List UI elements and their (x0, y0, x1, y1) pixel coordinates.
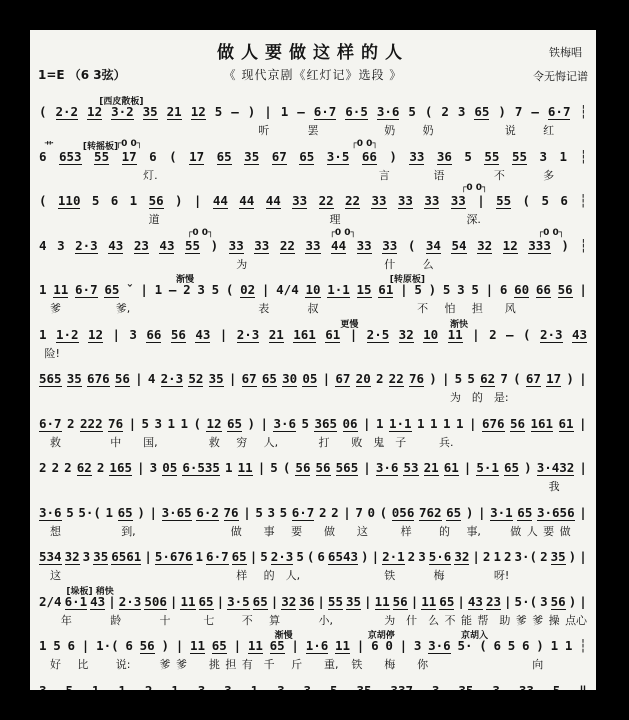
note-token: 3 (457, 282, 465, 297)
note-token: 11 (248, 638, 263, 654)
tempo-board-label: ┌0 0┐ (461, 183, 488, 193)
lyric-char: 什 (406, 612, 417, 628)
note-token: 56 (171, 327, 186, 343)
note-token: 1 (39, 282, 47, 297)
lyric-char: 鬼 (373, 434, 384, 450)
note-token: 22 (345, 193, 360, 209)
lyric-char: 罢 (308, 122, 319, 138)
note-token: 3·656 (537, 505, 575, 521)
lyric-char: 说: (116, 656, 131, 672)
lyric-char: 不 (417, 300, 428, 316)
note-token: 2·3 (540, 327, 563, 343)
note-token: | (260, 416, 268, 431)
tempo-board-label: ┌0 0┐ (351, 139, 378, 149)
note-token: 60 (514, 282, 529, 298)
note-token: 6 (494, 638, 502, 653)
note-token: 6·7 (206, 549, 229, 565)
note-token: | (258, 460, 266, 475)
note-token: 5 (212, 282, 220, 297)
note-token: 6·5 (345, 104, 368, 120)
score-line: 222622165|3056·535111|5(5656565|3·653216… (39, 450, 587, 495)
note-token: 337 (390, 683, 413, 691)
note-token: 11 (180, 594, 195, 610)
note-token: 76 (409, 371, 424, 387)
note-token: ┆ (579, 638, 587, 653)
note-token: | (291, 638, 299, 653)
note-token: 1·2 (56, 327, 79, 343)
note-token: 3 (155, 416, 163, 431)
note-token: | (317, 594, 325, 609)
note-token: 10 (423, 327, 438, 343)
note-token: 17 (122, 149, 137, 165)
note-token: 65 (217, 149, 232, 165)
lyric-char: 不 (494, 167, 505, 183)
lyric-char: 事 (264, 523, 275, 539)
note-token: 3 (432, 683, 440, 691)
note-token: 1 (559, 149, 567, 164)
note-token: 5 (280, 505, 288, 520)
note-token: ( (513, 371, 521, 386)
note-token: ┆ (579, 238, 587, 253)
notation-row: 665355176(17653567653·566)33365555531┆ (39, 149, 587, 165)
note-token: 2 (483, 549, 491, 564)
note-token: 43 (159, 238, 174, 254)
note-token: 2 (408, 549, 416, 564)
note-token: | (271, 594, 279, 609)
lyric-char: 爹, (116, 300, 131, 316)
note-token: | (135, 371, 143, 386)
note-token: 2·3 (119, 594, 142, 610)
note-token: 1 (443, 416, 451, 431)
note-token: 506 (144, 594, 167, 610)
note-token: | (477, 193, 485, 208)
note-token: 12 (503, 238, 518, 254)
note-token: 365 (314, 416, 337, 432)
lyric-char: 什 (384, 256, 395, 272)
note-token: 11 (190, 638, 205, 654)
lyric-char: 能 (461, 612, 472, 628)
note-token: 165 (109, 460, 132, 476)
note-token: 1 (118, 683, 126, 691)
lyric-char: 做 (231, 523, 242, 539)
note-token: 35 (67, 371, 82, 387)
note-token: | (472, 549, 480, 564)
note-token: 6 (371, 638, 379, 653)
note-token: 65 (446, 505, 461, 521)
note-token: 33 (229, 238, 244, 254)
note-token: 43 (468, 594, 483, 610)
lyric-char: 铁 (351, 656, 362, 672)
lyric-char: 救 (50, 434, 61, 450)
note-token: 35 (551, 549, 566, 565)
note-token: 65 (517, 505, 532, 521)
lyric-char: 为 (450, 389, 461, 405)
lyric-char: 帮 (477, 612, 488, 628)
note-token: | (243, 505, 251, 520)
note-token: 2 (183, 282, 191, 297)
note-token: | (469, 416, 477, 431)
lyric-char: 龄 (110, 612, 121, 628)
note-token: 44 (239, 193, 254, 209)
note-token: ( (523, 193, 531, 208)
score-line: [垛板] 稍快2/46·143|2·3506|1165|3·565|3236|5… (39, 584, 587, 629)
note-token: 2 (67, 416, 75, 431)
note-token: | (579, 371, 587, 386)
note-token: 1 (168, 416, 176, 431)
note-token: 5 (302, 416, 310, 431)
note-token: 76 (224, 505, 239, 521)
note-token: 6·7 (75, 282, 98, 298)
note-token: 20 (356, 371, 371, 387)
note-token: 4 (39, 238, 47, 253)
note-token: ) (429, 371, 437, 386)
note-token: 3 (458, 104, 466, 119)
note-token: 33 (424, 193, 439, 209)
note-token: 3 (414, 638, 422, 653)
note-token: — (169, 282, 177, 297)
note-token: ) (137, 505, 145, 520)
note-token: 23 (134, 238, 149, 254)
note-token: 3 (540, 594, 548, 609)
note-token: 36 (299, 594, 314, 610)
lyric-char: 人 (527, 523, 538, 539)
note-token: 333 (528, 238, 551, 254)
note-token: 2·3 (75, 238, 98, 254)
lyric-char: 是: (494, 389, 509, 405)
note-token: 5· (457, 638, 472, 653)
note-token: 56 (551, 594, 566, 610)
note-token: 35 (356, 683, 371, 691)
note-token: | (464, 460, 472, 475)
score-line: 艹[转摇板]┌0 0┐┌0 0┐665355176(17653567653·56… (39, 139, 587, 184)
note-token: 3·6 (273, 416, 296, 432)
note-token: 43 (108, 238, 123, 254)
note-token: 54 (451, 238, 466, 254)
note-token: ) (498, 104, 506, 119)
notation-row: 351121331335353373353335‖ (39, 683, 587, 691)
note-token: 565 (336, 460, 359, 476)
note-token: 17 (546, 371, 561, 387)
note-token: 4 (148, 371, 156, 386)
note-token: 1·1 (327, 282, 350, 298)
note-token: 1 (39, 638, 47, 653)
note-token: 4/4 (276, 282, 299, 297)
note-token: 6·535 (182, 460, 220, 476)
note-token: 33 (357, 238, 372, 254)
lyric-char: 样 (236, 567, 247, 583)
note-token: 56 (295, 460, 310, 476)
lyric-char: 做 (324, 523, 335, 539)
note-token: 3 (39, 683, 47, 691)
notation-row: 5653567656|42·35235|67653005|672022276)|… (39, 371, 587, 387)
page-title: 做人要做这样的人 (30, 38, 596, 63)
note-token: 55 (484, 149, 499, 165)
lyric-char: 中 (110, 434, 121, 450)
note-token: 44 (331, 238, 346, 254)
note-token: 1·( (96, 638, 119, 653)
note-token: ( (479, 638, 487, 653)
note-token: | (363, 460, 371, 475)
lyric-char: 言 (379, 167, 390, 183)
note-token: ┆ (579, 104, 587, 119)
lyric-char: 的 (472, 389, 483, 405)
note-token: — (297, 104, 305, 119)
note-token: ( (39, 193, 47, 208)
note-token: 5 (330, 683, 338, 691)
note-token: | (579, 460, 587, 475)
note-token: 43 (90, 594, 105, 610)
note-token: 6·7 (39, 416, 62, 432)
note-token: 35 (209, 371, 224, 387)
lyric-char: 点 (565, 612, 576, 628)
note-token: 35 (346, 594, 361, 610)
note-token: 3·5 (227, 594, 250, 610)
note-token: 65 (212, 638, 227, 654)
lyric-char: 梅 (384, 656, 395, 672)
note-token: 3·65 (162, 505, 192, 521)
note-token: 3·432 (537, 460, 575, 476)
note-token: 3·6 (428, 638, 451, 654)
score-line: 渐慢京胡停京胡入156|1·(656)|1165|1165|1·611|60|3… (39, 628, 587, 673)
note-token: 55 (512, 149, 527, 165)
note-token: ) (361, 549, 369, 564)
note-token: 2 (39, 460, 47, 475)
note-token: | (372, 549, 380, 564)
note-token: ┆ (579, 149, 587, 164)
note-token: | (112, 327, 120, 342)
notation-row: 534323356561|5·67616·765|52·35(66543)|2·… (39, 549, 587, 565)
note-token: | (149, 505, 157, 520)
note-token: 6 (317, 549, 325, 564)
note-token: ( (283, 460, 291, 475)
note-token: 1 (225, 460, 233, 475)
note-token: | (350, 327, 358, 342)
lyric-char: 救 (209, 434, 220, 450)
note-token: | (144, 549, 152, 564)
note-token: 65 (262, 371, 277, 387)
note-token: 33 (519, 683, 534, 691)
note-token: 35 (93, 549, 108, 565)
lyric-char: 斤 (291, 656, 302, 672)
lyric-char: 爹 (50, 300, 61, 316)
note-token: 5 (553, 683, 561, 691)
note-token: 0 (385, 638, 393, 653)
lyric-char: 风 (505, 300, 516, 316)
note-token: 11 (335, 638, 350, 654)
note-token: ) (466, 505, 474, 520)
note-token: ( (193, 416, 201, 431)
note-token: 653 (59, 149, 82, 165)
note-token: 1 (493, 549, 501, 564)
note-token: 6 (560, 193, 568, 208)
note-token: 17 (189, 149, 204, 165)
note-token: 12 (87, 104, 102, 120)
note-token: — (506, 327, 514, 342)
note-token: 6·2 (196, 505, 219, 521)
note-token: 1 (181, 416, 189, 431)
lyric-char: 七 (203, 612, 214, 628)
note-token: ( (408, 238, 416, 253)
lyric-char: 你 (417, 656, 428, 672)
note-token: 3·( (515, 549, 538, 564)
note-token: 5 (471, 282, 479, 297)
note-token: | (411, 594, 419, 609)
lyric-char: 十 (160, 612, 171, 628)
note-token: 65 (439, 594, 454, 610)
lyric-char: 有 (242, 656, 253, 672)
note-token: 3·6 (39, 505, 62, 521)
note-token: 0 (368, 505, 376, 520)
note-token: 66 (146, 327, 161, 343)
tempo-board-label: ┌0 0┐ (187, 228, 214, 238)
note-token: 11 (448, 327, 463, 343)
note-token: 53 (403, 460, 418, 476)
score-body: [西皮散板](2·2123·23521125—)|1—6·76·53·65(23… (39, 94, 587, 690)
note-token: 3 (129, 327, 137, 342)
note-token: 2 (145, 683, 153, 691)
lyric-char: 铁 (384, 567, 395, 583)
note-token: 52 (188, 371, 203, 387)
note-token: | (343, 505, 351, 520)
note-token: 676 (482, 416, 505, 432)
notation-row: 11·212|3665643|2·32116161|2·5321011|2—(2… (39, 327, 587, 343)
score-line: 534323356561|5·67616·765|52·35(66543)|2·… (39, 539, 587, 584)
lyric-char: 的 (439, 523, 450, 539)
note-token: 1 (565, 638, 573, 653)
note-token: 56 (558, 282, 573, 298)
note-token: 32 (65, 549, 80, 565)
lyric-char: 助 (499, 612, 510, 628)
note-token: 2 (319, 505, 327, 520)
lyric-char: 怕 (445, 300, 456, 316)
sheet-music-page: 做人要做这样的人 铁梅唱 《 现代京剧《红灯记》选段 》 令无悔记谱 1=E （… (30, 30, 596, 690)
note-token: 12 (206, 416, 221, 432)
notation-row: (2·2123·23521125—)|1—6·76·53·65(2365)7—6… (39, 104, 587, 120)
note-token: 6 (111, 193, 119, 208)
lyric-char: 算 (269, 612, 280, 628)
note-token: 2 (97, 460, 105, 475)
note-token: | (579, 505, 587, 520)
note-token: | (82, 638, 90, 653)
note-token: 565 (39, 371, 62, 387)
note-token: 3·6 (377, 104, 400, 120)
note-token: 65 (474, 104, 489, 120)
note-token: 56 (316, 460, 331, 476)
notation-row: (11056156)|44444433222233333333|55(56┆ (39, 193, 587, 209)
note-token: ┆ (579, 193, 587, 208)
note-token: 2 (52, 460, 60, 475)
note-token: 33 (371, 193, 386, 209)
lyric-char: 重, (324, 656, 339, 672)
note-token: | (579, 594, 587, 609)
lyric-char: 语 (434, 167, 445, 183)
note-token: 3·2 (111, 104, 134, 120)
lyric-char: 比 (77, 656, 88, 672)
note-token: 6·7 (292, 505, 315, 521)
note-token: ) (569, 594, 577, 609)
note-token: 55 (94, 149, 109, 165)
note-token: 44 (266, 193, 281, 209)
note-token: 33 (382, 238, 397, 254)
note-token: ) (566, 371, 574, 386)
note-token: 3 (198, 683, 206, 691)
note-token: | (194, 193, 202, 208)
note-token: 056 (392, 505, 415, 521)
note-token: 56 (510, 416, 525, 432)
note-token: 762 (419, 505, 442, 521)
note-token: 61 (325, 327, 340, 343)
note-token: 34 (426, 238, 441, 254)
note-token: 21 (269, 327, 284, 343)
note-token: ( (39, 104, 47, 119)
note-token: 2 (504, 549, 512, 564)
note-token: 62 (480, 371, 495, 387)
note-token: 2 (489, 327, 497, 342)
note-token: | (250, 549, 258, 564)
note-token: | (323, 371, 331, 386)
lyric-char: 深. (466, 211, 481, 227)
note-token: 02 (240, 282, 255, 298)
lyric-char: 操 (549, 612, 560, 628)
note-token: 1 (281, 104, 289, 119)
note-token: ) (429, 282, 437, 297)
note-token: 2·2 (56, 104, 79, 120)
note-token: 534 (39, 549, 62, 565)
lyric-char: 道 (149, 211, 160, 227)
note-token: | (504, 594, 512, 609)
note-token: 2·5 (367, 327, 390, 343)
note-token: 1 (196, 549, 204, 564)
lyric-char: 爹 (176, 656, 187, 672)
lyric-char: 做 (560, 523, 571, 539)
note-token: 3 (267, 505, 275, 520)
note-token: — (531, 104, 539, 119)
note-token: 5 (270, 460, 278, 475)
note-token: 11 (421, 594, 436, 610)
note-token: 22 (389, 371, 404, 387)
lyric-char: 不 (242, 612, 253, 628)
note-token: | (579, 549, 587, 564)
note-token: 2/4 (39, 594, 62, 609)
note-token: 5 (467, 371, 475, 386)
note-token: — (231, 104, 239, 119)
note-token: | (170, 594, 178, 609)
note-token: 3·5 (327, 149, 350, 165)
note-token: 2 (376, 371, 384, 386)
note-token: ˇ (126, 282, 134, 297)
note-token: 1 (130, 193, 138, 208)
lyric-char: 叔 (308, 300, 319, 316)
lyric-char: 到, (121, 523, 136, 539)
note-token: 56 (393, 594, 408, 610)
note-token: 2 (540, 549, 548, 564)
note-token: ) (561, 238, 569, 253)
note-token: | (363, 416, 371, 431)
note-token: 3·1 (490, 505, 513, 521)
note-token: 3 (277, 683, 285, 691)
note-token: | (264, 104, 272, 119)
note-token: ) (248, 104, 256, 119)
note-token: | (129, 416, 137, 431)
note-token: 222 (80, 416, 103, 432)
note-token: ( (380, 505, 388, 520)
lyric-char: 挑 (209, 656, 220, 672)
note-token: ) (569, 549, 577, 564)
lyric-char: 听 (258, 122, 269, 138)
note-token: 2·3 (237, 327, 260, 343)
note-token: 55 (185, 238, 200, 254)
note-token: ( (307, 549, 315, 564)
